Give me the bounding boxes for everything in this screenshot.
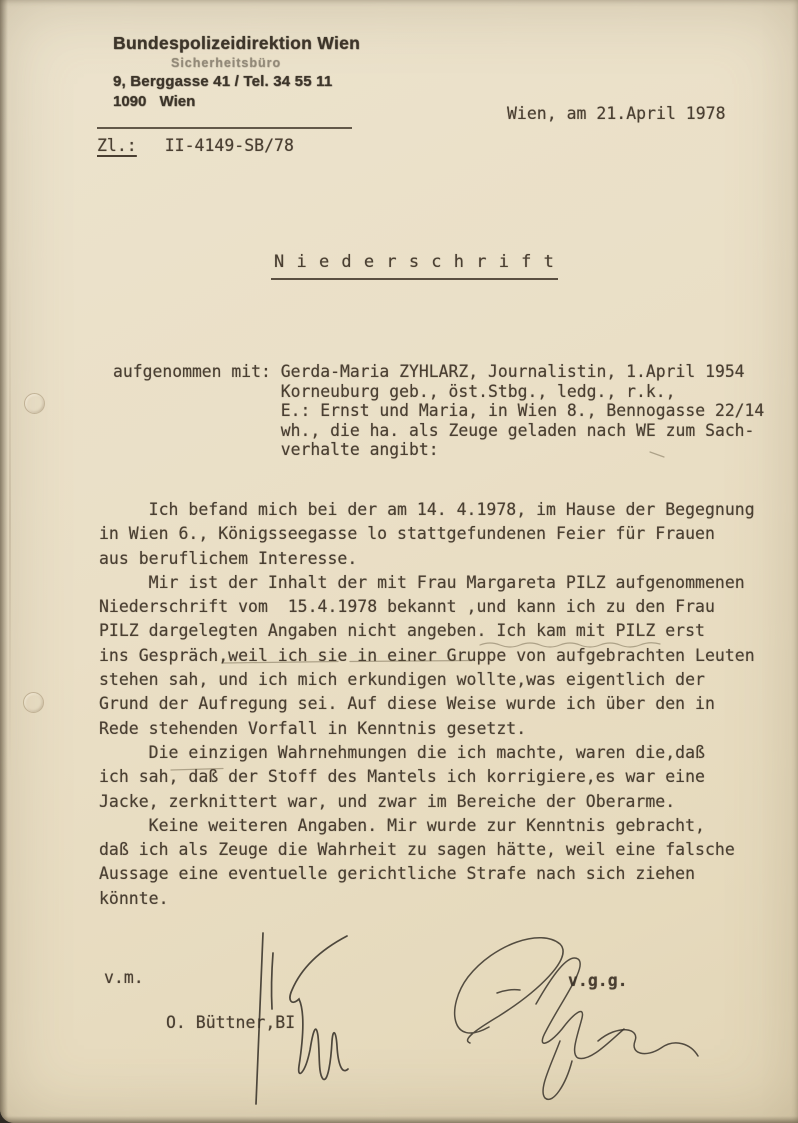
date-line: Wien, am 21.April 1978 xyxy=(507,104,726,123)
reference-number: II-4149-SB/78 xyxy=(165,136,294,155)
reference-line: Zl.:II-4149-SB/78 xyxy=(97,136,294,155)
paper-edge-shadow xyxy=(0,0,8,1123)
stamp-department: Sicherheitsbüro xyxy=(171,56,360,70)
stamp-agency-name: Bundespolizeidirektion Wien xyxy=(113,33,360,54)
document-title: N i e d e r s c h r i f t xyxy=(271,252,558,280)
paper-crease xyxy=(9,260,11,780)
witness-signature xyxy=(455,938,698,1100)
scanned-document-page: Bundespolizeidirektion Wien Sicherheitsb… xyxy=(0,0,798,1123)
closing-abbrev-vgg: v.g.g. xyxy=(568,971,628,990)
reference-label: Zl.: xyxy=(97,136,137,155)
statement-body: Ich befand mich bei der am 14. 4.1978, i… xyxy=(99,498,755,911)
paper-edge-shadow-bottom xyxy=(0,1116,798,1123)
stamp-address: 9, Berggasse 41 / Tel. 34 55 11 xyxy=(113,73,360,90)
witness-details-block: aufgenommen mit: Gerda-Maria ZYHLARZ, Jo… xyxy=(113,362,764,460)
hole-punch-bottom xyxy=(23,692,44,713)
stamp-city: 1090 Wien xyxy=(113,93,360,110)
closing-abbrev-vm: v.m. xyxy=(104,968,144,987)
header-rule xyxy=(97,127,352,129)
recorder-name: O. Büttner,BI xyxy=(166,1013,295,1032)
hole-punch-top xyxy=(24,393,45,414)
agency-stamp: Bundespolizeidirektion Wien Sicherheitsb… xyxy=(113,33,360,110)
